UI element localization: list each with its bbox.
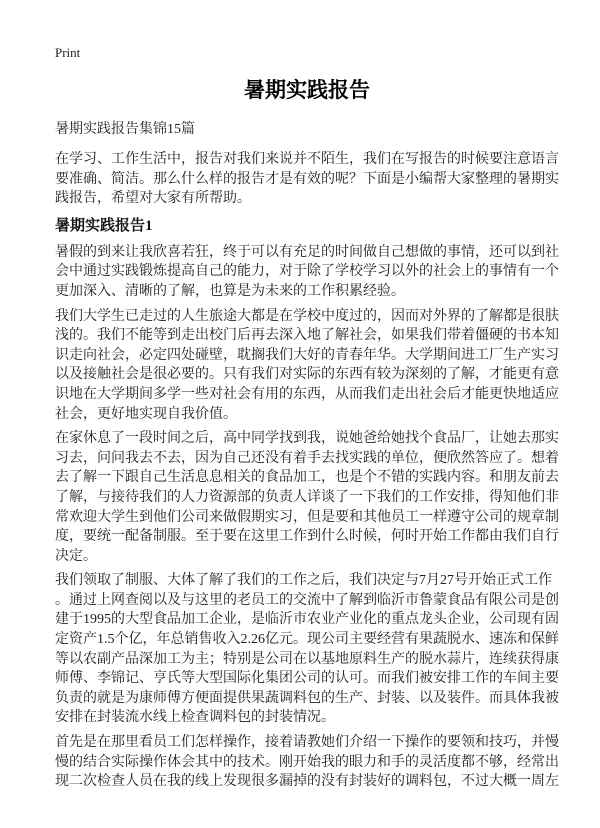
body-paragraph: 暑假的到来让我欣喜若狂，终于可以有充足的时间做自己想做的事情，还可以到社会中通过… xyxy=(55,243,559,302)
section-heading: 暑期实践报告1 xyxy=(55,216,559,236)
document-title: 暑期实践报告 xyxy=(55,77,559,104)
body-paragraph: 我们领取了制服、大体了解了我们的工作之后，我们决定与7月27号开始正式工作。通过… xyxy=(55,571,559,728)
body-paragraph: 我们大学生已走过的人生旅途大都是在学校中度过的，因而对外界的了解都是很肤浅的。我… xyxy=(55,307,559,425)
intro-paragraph: 在学习、工作生活中，报告对我们来说并不陌生，我们在写报告的时候要注意语言要准确、… xyxy=(55,150,559,209)
body-paragraph: 首先是在那里看员工们怎样操作，接着请教她们介绍一下操作的要领和技巧，并慢慢的结合… xyxy=(55,733,559,792)
document-page: Print 暑期实践报告 暑期实践报告集锦15篇 在学习、工作生活中，报告对我们… xyxy=(0,0,600,828)
print-button[interactable]: Print xyxy=(55,45,80,61)
body-paragraph: 在家休息了一段时间之后，高中同学找到我，说她爸给她找个食品厂，让她去那实习去，问… xyxy=(55,429,559,566)
document-content: Print 暑期实践报告 暑期实践报告集锦15篇 在学习、工作生活中，报告对我们… xyxy=(55,44,559,792)
document-subtitle: 暑期实践报告集锦15篇 xyxy=(55,120,559,140)
